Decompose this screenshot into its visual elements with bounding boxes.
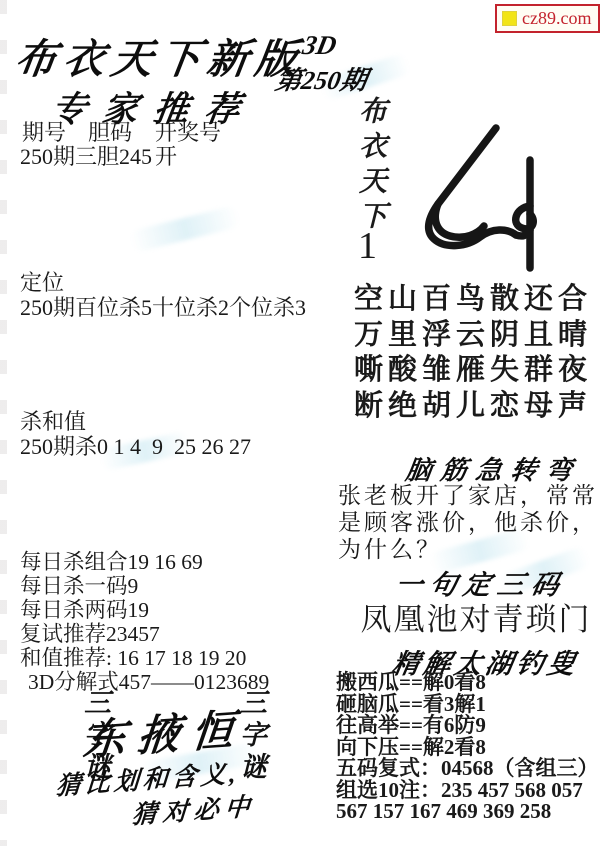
taihu-line: 567 157 167 469 369 258 [336,801,614,823]
issue-label: 第250期 [273,60,371,97]
daily-line: 复试推荐23457 [20,622,269,646]
daily-line: 每日杀两码19 [20,598,269,622]
brainteaser-line: 张老板开了家店，常常 [338,482,614,509]
daily-line: 和值推荐: 16 17 18 19 20 [20,646,269,670]
taihu-block: 搬西瓜==解0看8 砸脑瓜==看3解1 往高举==有6防9 向下压==解2看8 … [336,672,614,823]
brainteaser-line: 是顾客涨价，他杀价， [338,509,614,536]
badge-square-icon [502,11,517,26]
page-title: 布衣天下新版 [12,26,308,85]
watermark [129,205,241,253]
brand-vertical: 布衣天下 [350,96,390,241]
taihu-line: 往高举==有6防9 [336,715,614,737]
poem-line: 嘶酸雏雁失群夜 [334,353,612,389]
kill-sum-line: 250期杀0 1 4 9 25 26 27 [20,430,251,461]
scan-edge-artifact [0,0,7,846]
riddle-note-line2: 猜对必中 [131,787,257,832]
poem-line: 空山百鸟散还合 [334,282,612,318]
badge-domain: cz89.com [522,8,591,29]
game-label: 3D [300,30,340,61]
expert-heading: 专家推荐 [48,82,259,132]
brand-number: 1 [358,224,377,268]
lottery-tip-sheet: cz89.com 布衣天下新版 3D 第250期 专家推荐 期号 胆码 开奖号 … [0,0,616,846]
row-issue-dan: 250期三胆245 [20,140,152,171]
taihu-line: 向下压==解2看8 [336,737,614,759]
brainteaser-text: 张老板开了家店，常常 是顾客涨价，他杀价， 为什么？ [338,482,614,563]
daily-line: 每日杀组合19 16 69 [20,550,269,574]
one-sentence-line: 凤凰池对青琐门 [338,594,614,639]
daily-kill-block: 每日杀组合19 16 69 每日杀一码9 每日杀两码19 复试推荐23457 和… [20,550,269,694]
poem-line: 万里浮云阴且晴 [334,318,612,354]
taihu-line: 五码复式：04568（含组三） [336,758,614,780]
poem-block: 空山百鸟散还合 万里浮云阴且晴 嘶酸雏雁失群夜 断绝胡儿恋母声 [334,282,612,424]
poem-line: 断绝胡儿恋母声 [334,389,612,425]
brainteaser-line: 为什么？ [338,536,614,563]
site-badge-link[interactable]: cz89.com [495,4,600,33]
taihu-line: 搬西瓜==解0看8 [336,672,614,694]
taihu-line: 组选10注：235 457 568 057 [336,780,614,802]
daily-line: 每日杀一码9 [20,574,269,598]
handwritten-glyph [412,118,572,283]
dingwei-line: 250期百位杀5十位杀2个位杀3 [20,291,306,322]
taihu-line: 砸脑瓜==看3解1 [336,694,614,716]
row-open: 开 [155,140,177,171]
